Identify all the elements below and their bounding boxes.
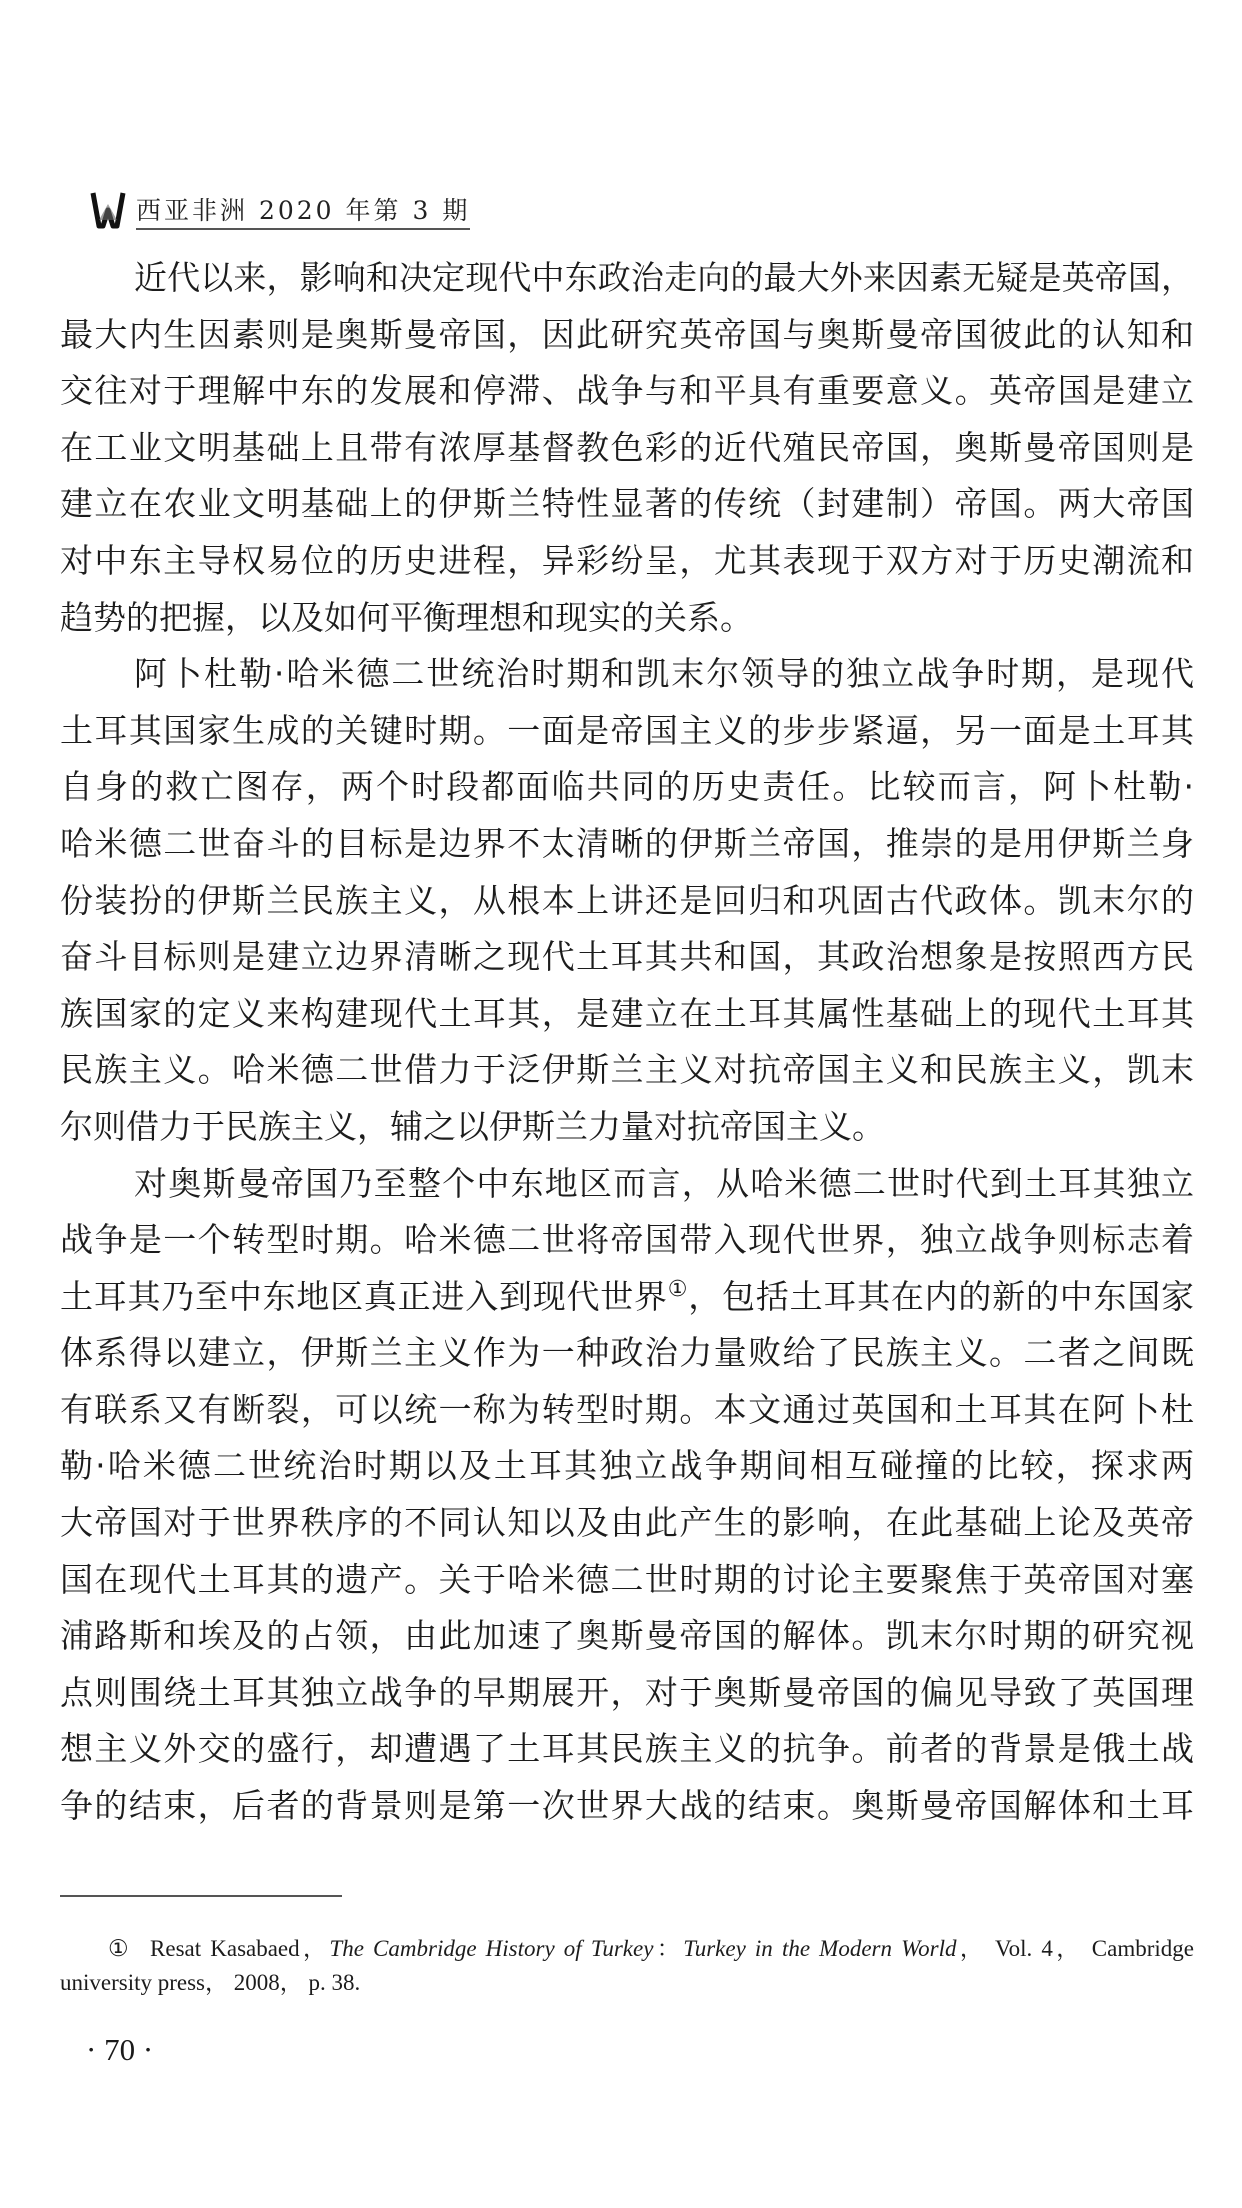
paragraph-3-line-5: 有联系又有断裂，可以统一称为转型时期。本文通过英国和土耳其在阿卜杜 (60, 1382, 1194, 1439)
paragraph-3-line-8: 国在现代土耳其的遗产。关于哈米德二世时期的讨论主要聚焦于英帝国对塞 (60, 1552, 1194, 1609)
paragraph-3-line-11: 想主义外交的盛行，却遭遇了土耳其民族主义的抗争。前者的背景是俄土战 (60, 1721, 1194, 1778)
paragraph-1-line-3: 交往对于理解中东的发展和停滞、战争与和平具有重要意义。英帝国是建立 (60, 363, 1194, 420)
paragraph-3-line-4: 体系得以建立，伊斯兰主义作为一种政治力量败给了民族主义。二者之间既 (60, 1325, 1194, 1382)
article-body: 近代以来，影响和决定现代中东政治走向的最大外来因素无疑是英帝国， 最大内生因素则… (60, 250, 1194, 1835)
paragraph-1-line-1: 近代以来，影响和决定现代中东政治走向的最大外来因素无疑是英帝国， (60, 250, 1194, 307)
running-title: 西亚非洲 2020 年第 3 期 (136, 196, 470, 230)
footnote-marker: ① (108, 1936, 132, 1961)
footnote-line-1: ①Resat Kasabaed，The Cambridge History of… (60, 1932, 1194, 1966)
paragraph-2-line-1: 阿卜杜勒·哈米德二世统治时期和凯末尔领导的独立战争时期，是现代 (60, 646, 1194, 703)
footnote-separator-colon: ： (653, 1936, 683, 1961)
paragraph-2-line-7: 族国家的定义来构建现代土耳其，是建立在土耳其属性基础上的现代土耳其 (60, 986, 1194, 1043)
paragraph-2-line-5: 份装扮的伊斯兰民族主义，从根本上讲还是回归和巩固古代政体。凯末尔的 (60, 873, 1194, 930)
paragraph-3-line-3-text: 土耳其乃至中东地区真正进入到现代世界 (60, 1277, 668, 1316)
footnote-reference[interactable]: ① (668, 1277, 689, 1302)
page-number: · 70 · (86, 2030, 153, 2070)
footnote-separator (60, 1895, 342, 1897)
paragraph-3-line-7: 大帝国对于世界秩序的不同认知以及由此产生的影响，在此基础上论及英帝 (60, 1495, 1194, 1552)
paragraph-1-line-2: 最大内生因素则是奥斯曼帝国，因此研究英帝国与奥斯曼帝国彼此的认知和 (60, 307, 1194, 364)
paragraph-2-line-3: 自身的救亡图存，两个时段都面临共同的历史责任。比较而言，阿卜杜勒· (60, 759, 1194, 816)
paragraph-2-line-9: 尔则借力于民族主义，辅之以伊斯兰力量对抗帝国主义。 (60, 1099, 1194, 1156)
footnote-title-part1: The Cambridge History of Turkey (329, 1936, 653, 1961)
footnote-volume-publisher: ， Vol. 4， Cambridge (957, 1936, 1194, 1961)
paragraph-2-line-4: 哈米德二世奋斗的目标是边界不太清晰的伊斯兰帝国，推崇的是用伊斯兰身 (60, 816, 1194, 873)
paragraph-3-line-2: 战争是一个转型时期。哈米德二世将帝国带入现代世界，独立战争则标志着 (60, 1212, 1194, 1269)
paragraph-3-line-1: 对奥斯曼帝国乃至整个中东地区而言，从哈米德二世时代到土耳其独立 (60, 1156, 1194, 1213)
journal-logo-icon (90, 190, 126, 230)
paragraph-2-line-8: 民族主义。哈米德二世借力于泛伊斯兰主义对抗帝国主义和民族主义，凯末 (60, 1042, 1194, 1099)
footnote-title-part2: Turkey in the Modern World (683, 1936, 956, 1961)
running-header: 西亚非洲 2020 年第 3 期 (90, 186, 470, 230)
paragraph-1-line-7: 趋势的把握，以及如何平衡理想和现实的关系。 (60, 590, 1194, 647)
paragraph-2-line-2: 土耳其国家生成的关键时期。一面是帝国主义的步步紧逼，另一面是土耳其 (60, 703, 1194, 760)
paragraph-3-line-3-rest: ，包括土耳其在内的新的中东国家 (688, 1277, 1194, 1316)
footnote-author: Resat Kasabaed， (150, 1936, 329, 1961)
paragraph-3-line-9: 浦路斯和埃及的占领，由此加速了奥斯曼帝国的解体。凯末尔时期的研究视 (60, 1608, 1194, 1665)
footnote-line-2: university press， 2008， p. 38. (60, 1966, 1194, 2000)
paragraph-1-line-6: 对中东主导权易位的历史进程，异彩纷呈，尤其表现于双方对于历史潮流和 (60, 533, 1194, 590)
paragraph-1-line-4: 在工业文明基础上且带有浓厚基督教色彩的近代殖民帝国，奥斯曼帝国则是 (60, 420, 1194, 477)
paragraph-3-line-6: 勒·哈米德二世统治时期以及土耳其独立战争期间相互碰撞的比较，探求两 (60, 1438, 1194, 1495)
paragraph-1-line-5: 建立在农业文明基础上的伊斯兰特性显著的传统（封建制）帝国。两大帝国 (60, 476, 1194, 533)
paragraph-2-line-6: 奋斗目标则是建立边界清晰之现代土耳其共和国，其政治想象是按照西方民 (60, 929, 1194, 986)
paragraph-3-line-12: 争的结束，后者的背景则是第一次世界大战的结束。奥斯曼帝国解体和土耳 (60, 1778, 1194, 1835)
paragraph-3-line-3: 土耳其乃至中东地区真正进入到现代世界①，包括土耳其在内的新的中东国家 (60, 1269, 1194, 1326)
footnote: ①Resat Kasabaed，The Cambridge History of… (60, 1932, 1194, 2000)
paragraph-3-line-10: 点则围绕土耳其独立战争的早期展开，对于奥斯曼帝国的偏见导致了英国理 (60, 1665, 1194, 1722)
